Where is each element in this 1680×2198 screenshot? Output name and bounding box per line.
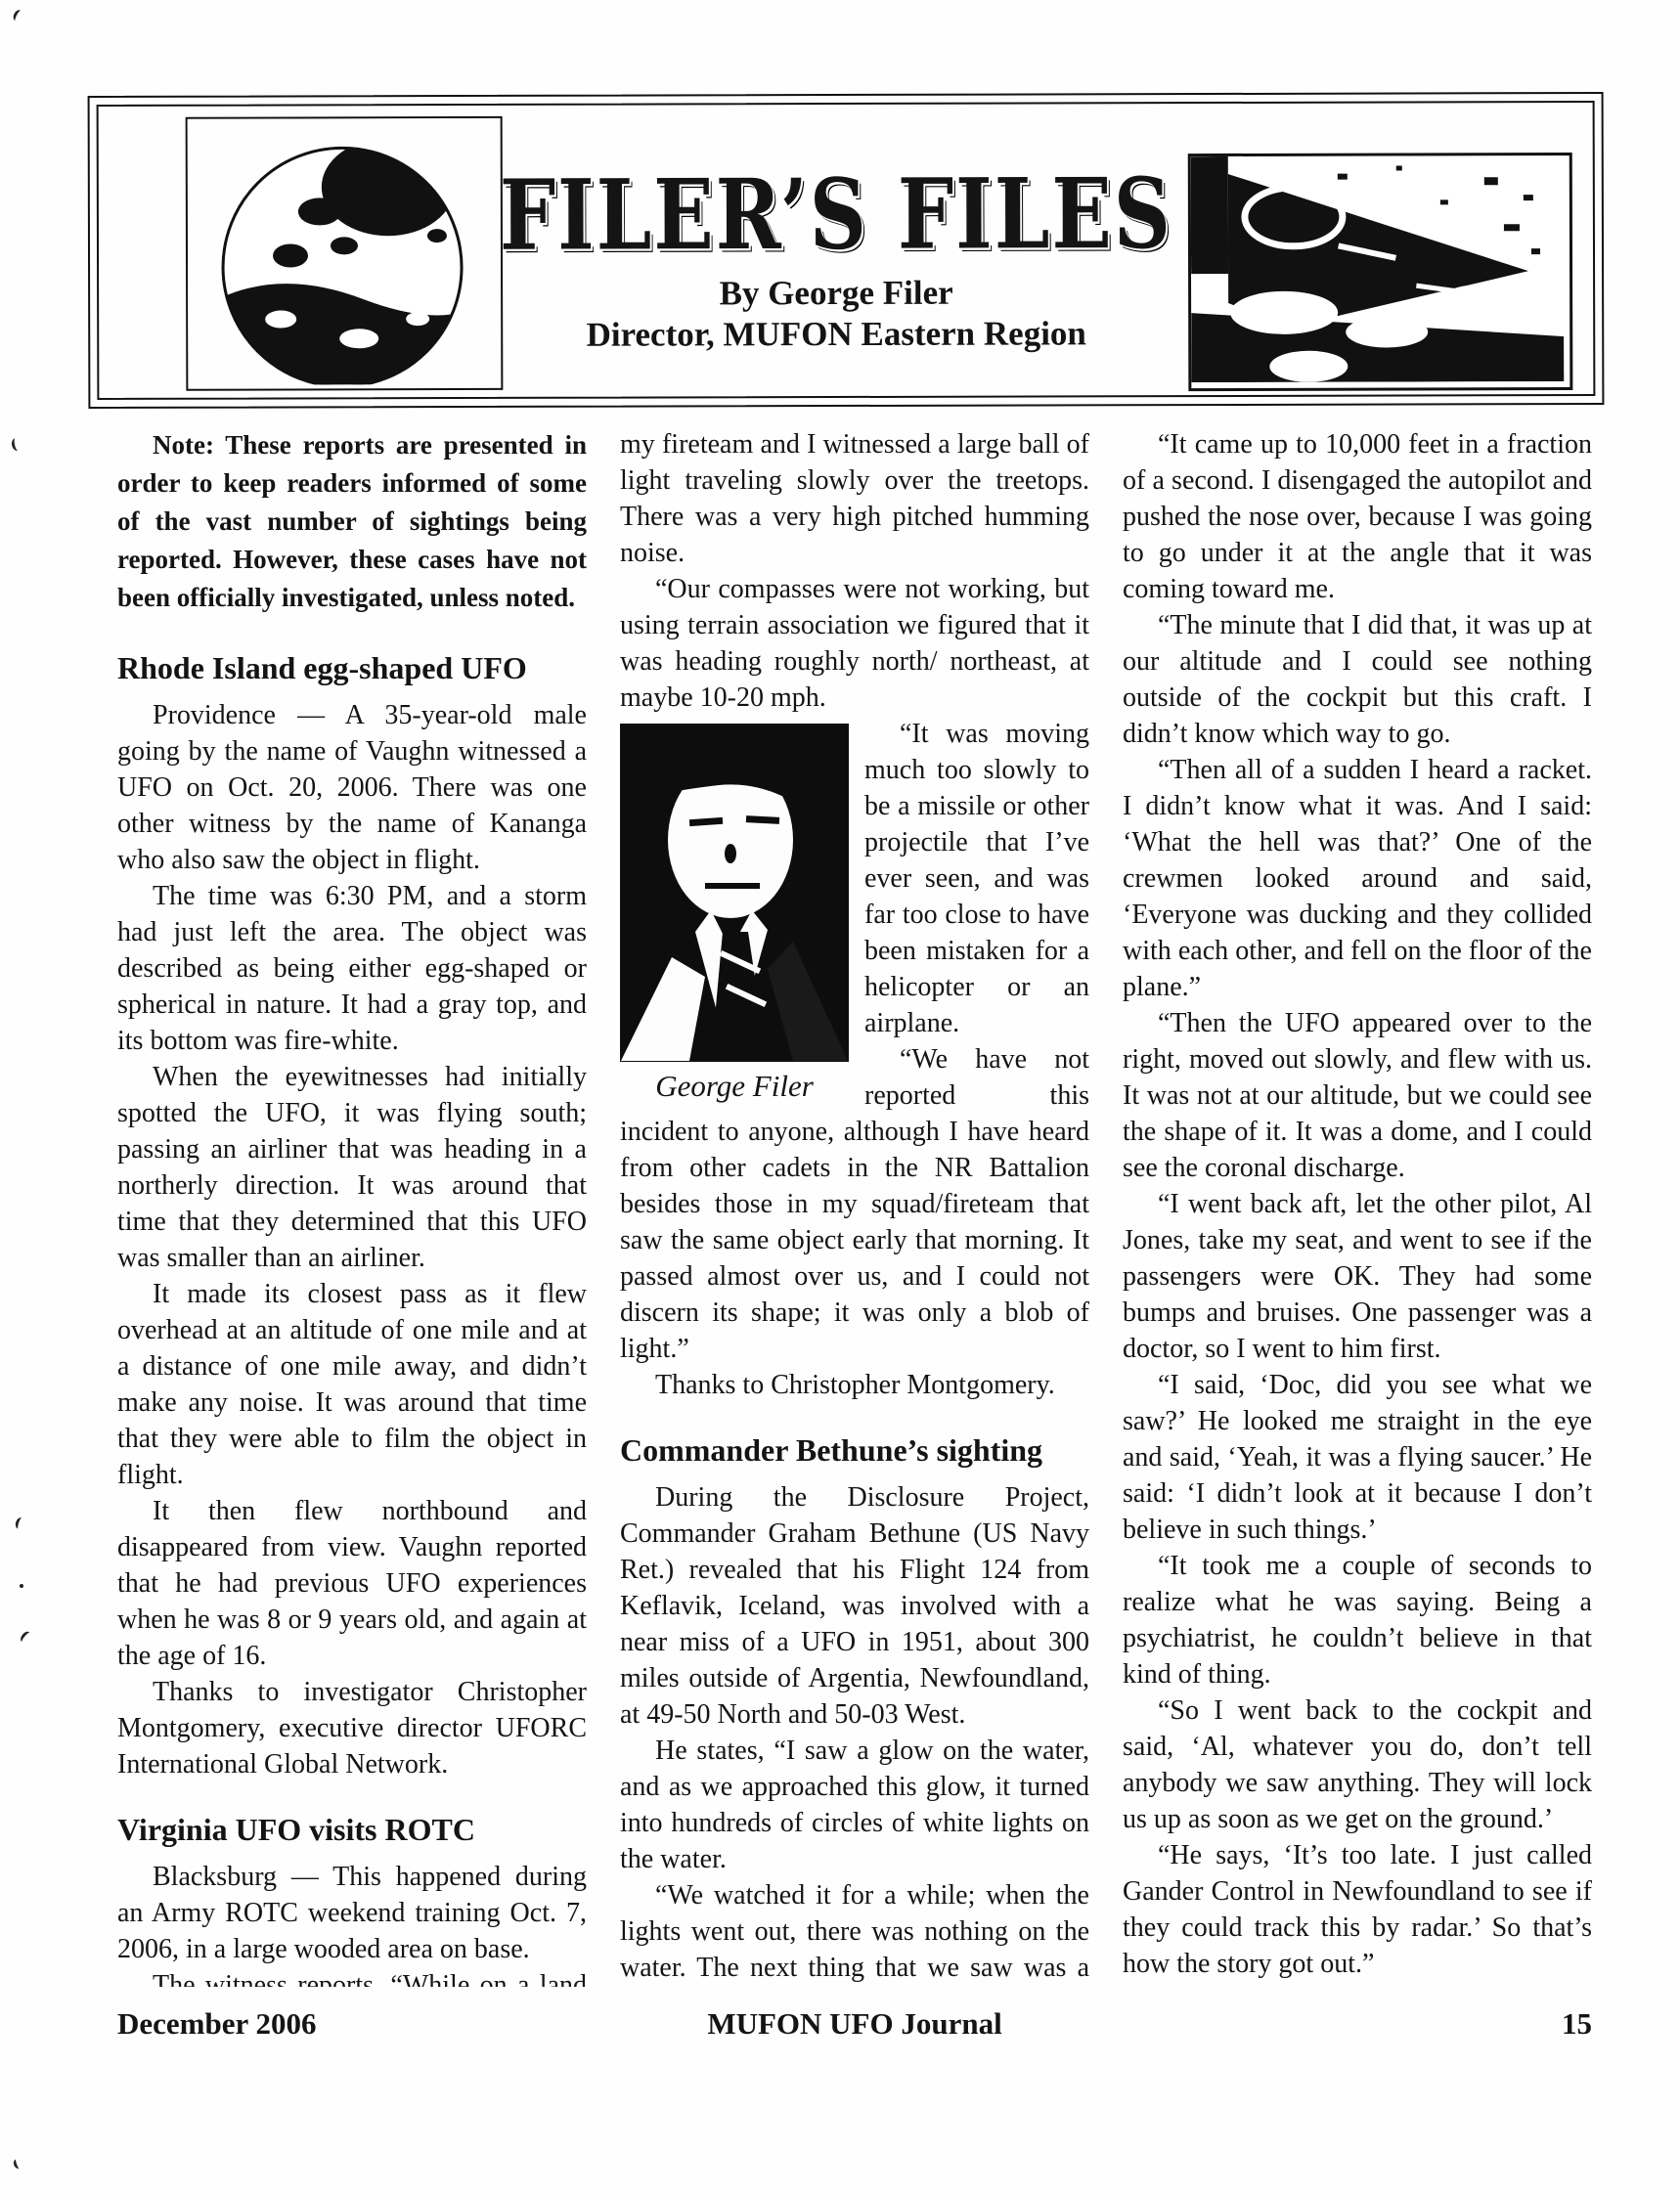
triangle-ufo-photo [1188,153,1573,391]
page-footer: December 2006 MUFON UFO Journal 15 [117,2006,1592,2042]
paragraph: “Then all of a sudden I heard a racket. … [1123,752,1592,1005]
column-2: my fireteam and I witnessed a large ball… [620,426,1089,1987]
paragraph: He states, “I saw a glow on the water, a… [620,1733,1089,1877]
ufo-photo-image [1191,155,1565,382]
paragraph: “So I went back to the cockpit and said,… [1123,1692,1592,1837]
paragraph: Providence — A 35-year-old male going by… [117,697,587,878]
moon-photo [186,116,504,391]
paragraph: George Wolkind writes, “Paula and I are … [1123,1982,1592,1987]
paragraph: The time was 6:30 PM, and a storm had ju… [117,878,587,1059]
paragraph: my fireteam and I witnessed a large ball… [620,426,1089,571]
filer-portrait-image [620,724,849,1062]
paragraph: “It took me a couple of seconds to reali… [1123,1548,1592,1692]
scan-artifact [13,2158,23,2170]
masthead-box: FILER’S FILES By George Filer Director, … [88,92,1605,409]
paragraph: Thanks to investigator Christopher Montg… [117,1674,587,1782]
paragraph: “The minute that I did that, it was up a… [1123,607,1592,752]
footer-page-number: 15 [1100,2006,1592,2042]
paragraph: During the Disclosure Project, Commander… [620,1479,1089,1733]
filer-photo-block: George Filer [620,724,849,1103]
column-3: “It came up to 10,000 feet in a fraction… [1123,426,1592,1987]
section-heading-rhode-island: Rhode Island egg-shaped UFO [117,650,587,685]
paragraph: “He says, ‘It’s too late. I just called … [1123,1837,1592,1982]
paragraph: “I said, ‘Doc, did you see what we saw?’… [1123,1367,1592,1548]
masthead-title-block: FILER’S FILES By George Filer Director, … [481,165,1192,357]
paragraph: When the eyewitnesses had initially spot… [117,1059,587,1276]
column-1: Note: These reports are presented in ord… [117,426,587,1987]
scan-artifact [12,9,25,23]
scan-artifact [20,1584,23,1588]
scan-artifact [19,1630,33,1646]
footer-date: December 2006 [117,2006,609,2042]
section-heading-bethune: Commander Bethune’s sighting [620,1432,1089,1468]
paragraph: The witness reports, “While on a land na… [117,1967,587,1987]
paragraph: “I went back aft, let the other pilot, A… [1123,1186,1592,1367]
editor-note: Note: These reports are presented in ord… [117,426,587,617]
magazine-page: FILER’S FILES By George Filer Director, … [0,0,1680,2198]
paragraph: “We watched it for a while; when the lig… [620,1877,1089,1987]
masthead-subtitle: Director, MUFON Eastern Region [481,312,1191,357]
paragraph: Blacksburg — This happened during an Arm… [117,1859,587,1967]
section-heading-virginia: Virginia UFO visits ROTC [117,1812,587,1847]
paragraph: It made its closest pass as it flew over… [117,1276,587,1493]
masthead-title: FILER’S FILES [495,165,1176,264]
footer-journal-title: MUFON UFO Journal [609,2006,1101,2042]
scan-artifact [14,1517,25,1530]
paragraph: Thanks to Christopher Montgomery. [620,1367,1089,1403]
paragraph: It then flew northbound and disappeared … [117,1493,587,1674]
paragraph: “Our compasses were not working, but usi… [620,571,1089,716]
filer-photo-caption: George Filer [620,1062,849,1103]
paragraph: “It came up to 10,000 feet in a fraction… [1123,426,1592,607]
scan-artifact [11,437,22,452]
paragraph: “Then the UFO appeared over to the right… [1123,1005,1592,1186]
masthead-byline: By George Filer [481,273,1191,314]
moon-photo-image [188,118,498,385]
article-columns: Note: These reports are presented in ord… [117,426,1592,1987]
